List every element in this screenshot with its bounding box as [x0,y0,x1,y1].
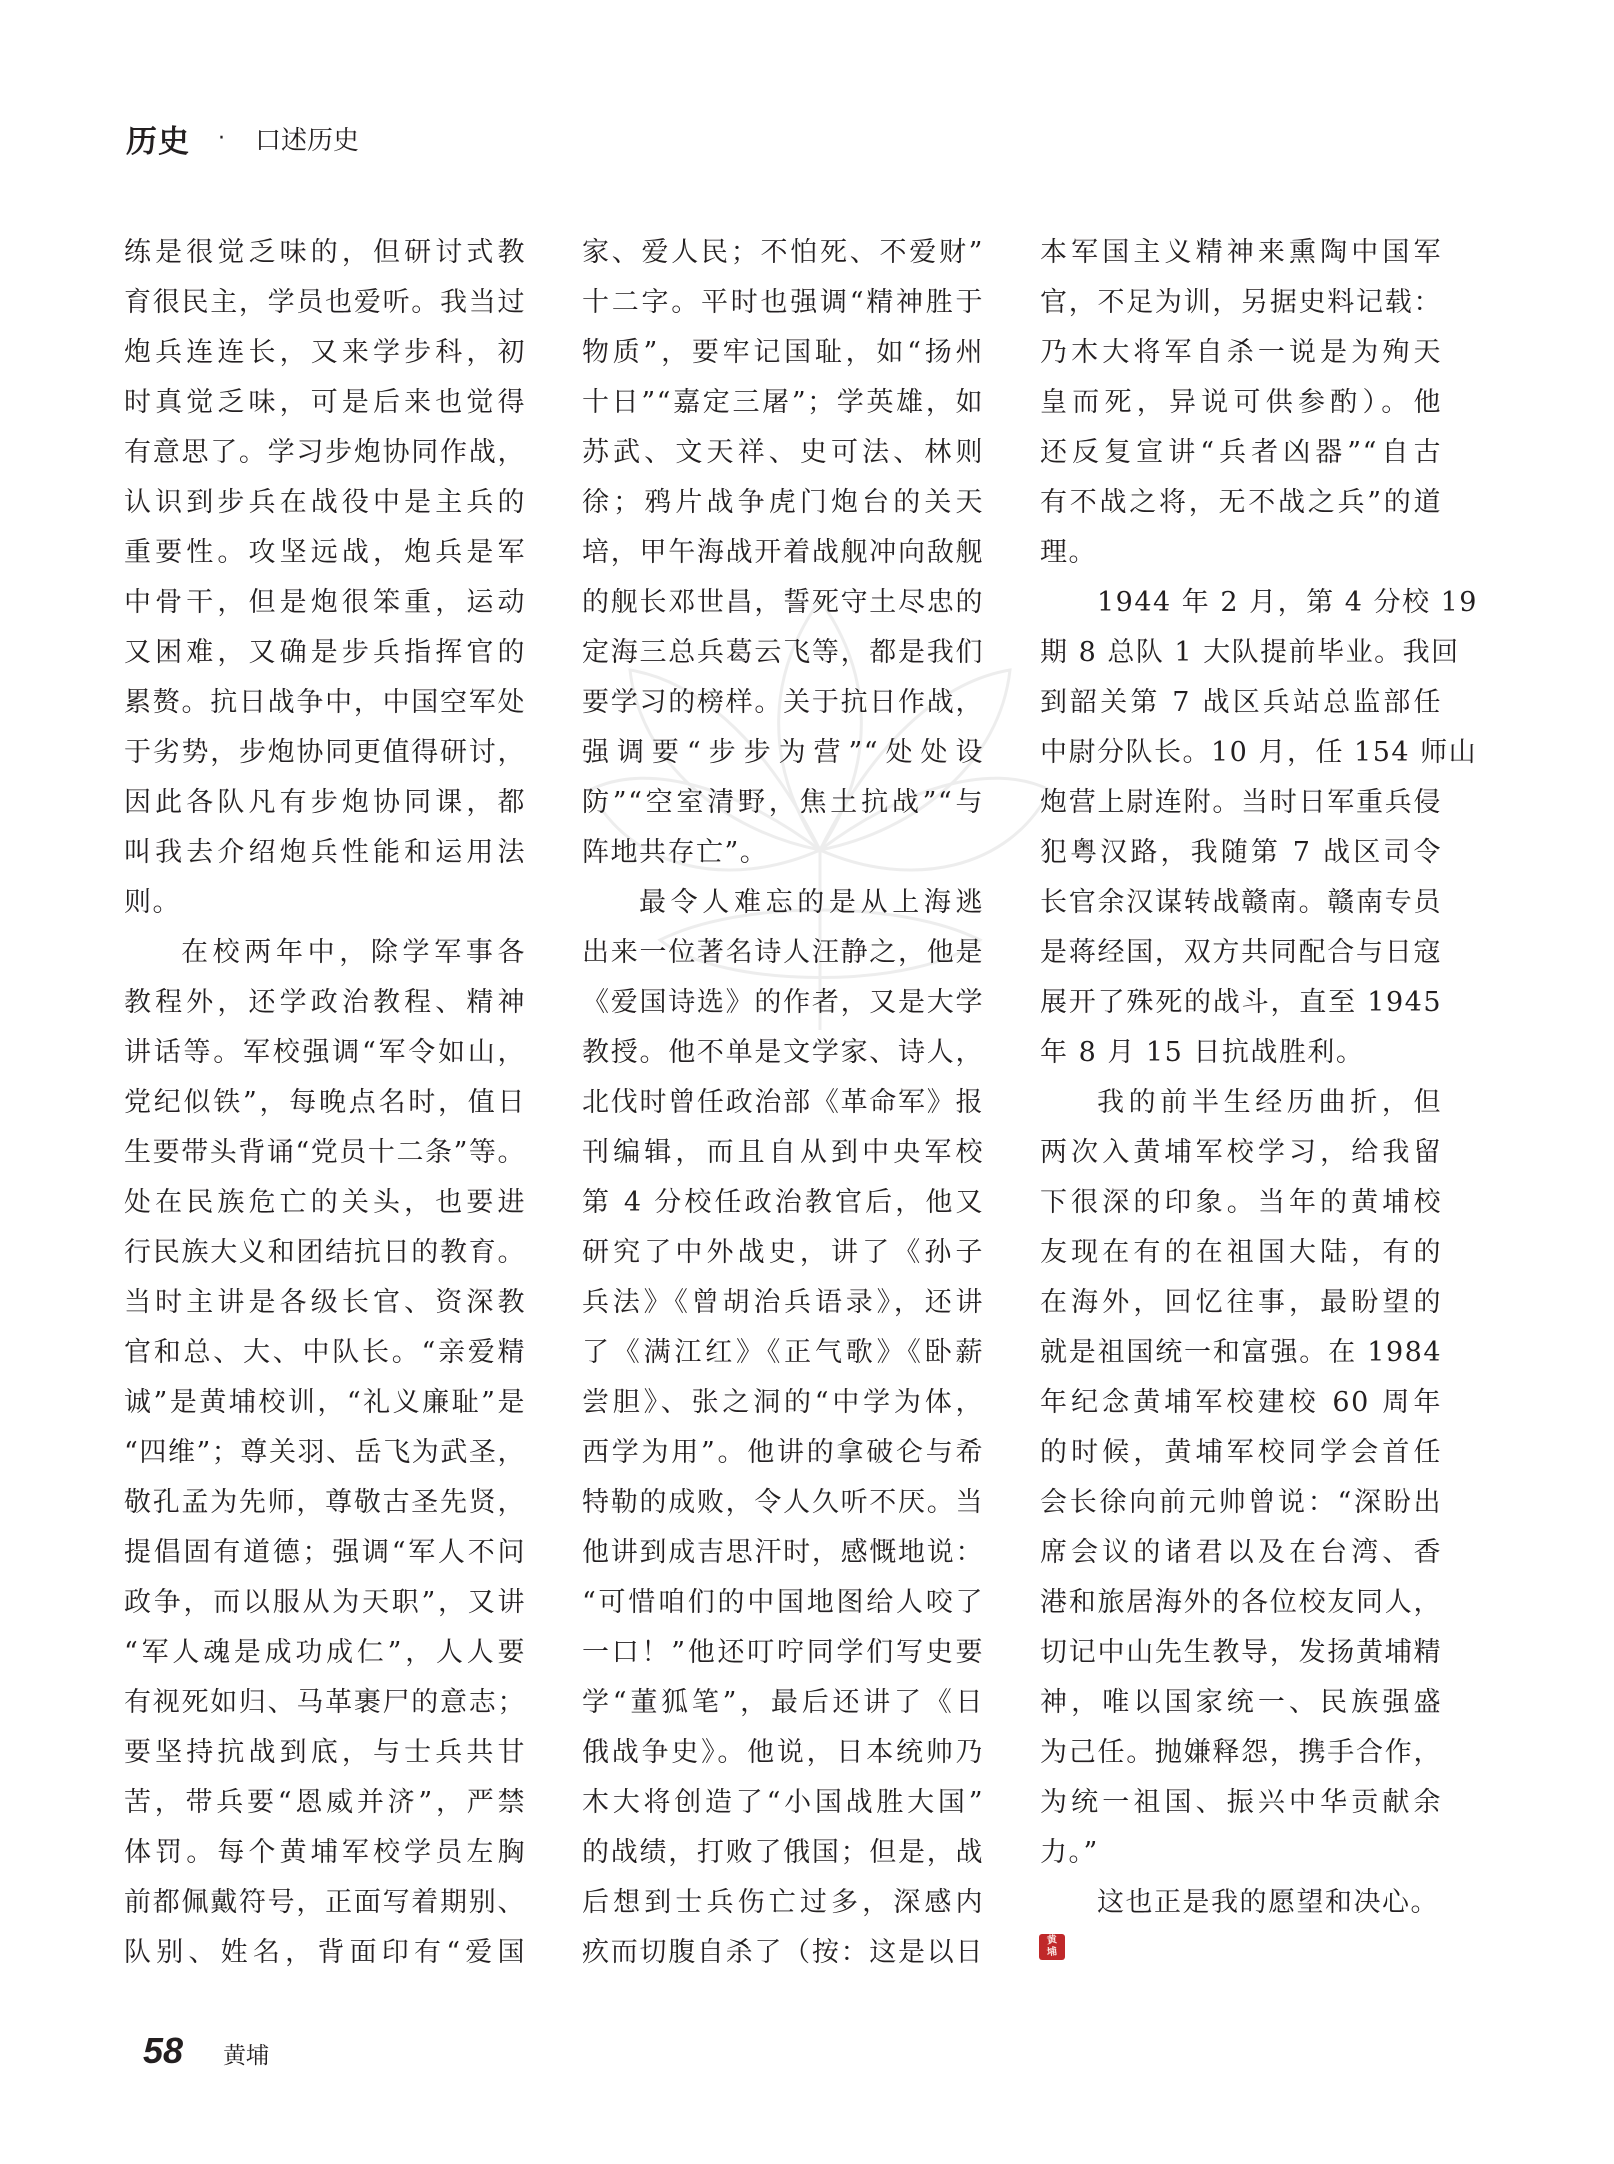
text-line: “四维”；尊关羽、岳飞为武圣， [124,1428,526,1478]
text-line: 因此各队凡有步炮协同课，都 [124,778,526,828]
text-line: 前都佩戴符号，正面写着期别、 [124,1878,526,1928]
text-line: 生要带头背诵“党员十二条”等。 [124,1128,526,1178]
magazine-name: 黄埔 [223,2037,269,2070]
text-line: 讲话等。军校强调“军令如山， [124,1028,526,1078]
text-line: 切记中山先生教导，发扬黄埔精 [1040,1628,1442,1678]
text-line: 北伐时曾任政治部《革命军》报 [582,1078,984,1128]
text-line: 叫我去介绍炮兵性能和运用法 [124,828,526,878]
text-line: 两次入黄埔军校学习，给我留 [1040,1128,1442,1178]
text-line: 教程外，还学政治教程、精神 [124,978,526,1028]
text-line: 诚”是黄埔校训，“礼义廉耻”是 [124,1378,526,1428]
text-line: 为统一祖国、振兴中华贡献余 [1040,1778,1442,1828]
text-line: 本军国主义精神来熏陶中国军 [1040,228,1442,278]
text-line: 处在民族危亡的关头，也要进 [124,1178,526,1228]
text-line: 家、爱人民；不怕死、不爱财” [582,228,984,278]
text-line: 时真觉乏味，可是后来也觉得 [124,378,526,428]
section-title: 历史 [126,116,190,161]
text-line: 队别、姓名，背面印有“爱国 [124,1928,526,1978]
text-column-right: 本军国主义精神来熏陶中国军 官，不足为训，另据史料记载： 乃木大将军自杀一说是为… [1040,228,1442,1928]
text-line: 中尉分队长。10 月，任 154 师山 [1040,728,1442,778]
text-line: 年纪念黄埔军校建校 60 周年 [1040,1378,1442,1428]
text-line: 年 8 月 15 日抗战胜利。 [1040,1028,1442,1078]
text-line: 期 8 总队 1 大队提前毕业。我回 [1040,628,1442,678]
text-line: 认识到步兵在战役中是主兵的 [124,478,526,528]
text-line: 为己任。抛嫌释怨，携手合作， [1040,1728,1442,1778]
text-line: 教授。他不单是文学家、诗人， [582,1028,984,1078]
text-line: 就是祖国统一和富强。在 1984 [1040,1328,1442,1378]
text-line: 第 4 分校任政治教官后，他又 [582,1178,984,1228]
text-line: 有意思了。学习步炮协同作战， [124,428,526,478]
paragraph-start-line: 在校两年中，除学军事各 [124,928,526,978]
text-line: 十日”“嘉定三屠”；学英雄，如 [582,378,984,428]
text-line: “可惜咱们的中国地图给人咬了 [582,1578,984,1628]
text-line: 培，甲午海战开着战舰冲向敌舰 [582,528,984,578]
text-line: 提倡固有道德；强调“军人不问 [124,1528,526,1578]
text-column-middle: 家、爱人民；不怕死、不爱财” 十二字。平时也强调“精神胜于 物质”，要牢记国耻，… [582,228,984,1978]
text-line: 学“董狐笔”，最后还讲了《日 [582,1678,984,1728]
text-line: 《爱国诗选》的作者，又是大学 [582,978,984,1028]
text-line: 会长徐向前元帅曾说：“深盼出 [1040,1478,1442,1528]
text-line: 特勒的成败，令人久听不厌。当 [582,1478,984,1528]
text-line: 刊编辑，而且自从到中央军校 [582,1128,984,1178]
text-line: 皇而死，异说可供参酌）。他 [1040,378,1442,428]
text-line: 出来一位著名诗人汪静之，他是 [582,928,984,978]
text-line: 兵法》《曾胡治兵语录》，还讲 [582,1278,984,1328]
page-number: 58 [143,2030,183,2072]
text-line: 要坚持抗战到底，与士兵共甘 [124,1728,526,1778]
text-line: 还反复宣讲“兵者凶器”“自古 [1040,428,1442,478]
seal-stamp-icon: 黄 埔 [1039,1934,1065,1960]
text-line: 强调要“步步为营”“处处设 [582,728,984,778]
paragraph-start-line: 我的前半生经历曲折，但 [1040,1078,1442,1128]
text-line: 乃木大将军自杀一说是为殉天 [1040,328,1442,378]
text-line: 港和旅居海外的各位校友同人， [1040,1578,1442,1628]
text-line: 要学习的榜样。关于抗日作战， [582,678,984,728]
text-line: 官和总、大、中队长。“亲爱精 [124,1328,526,1378]
text-line: 展开了殊死的战斗，直至 1945 [1040,978,1442,1028]
page-footer: 58 黄埔 [143,2030,269,2072]
text-line: 苏武、文天祥、史可法、林则 [582,428,984,478]
header-separator: · [218,126,225,151]
closing-line: 这也正是我的愿望和决心。 [1040,1878,1442,1928]
text-line: 了《满江红》《正气歌》《卧薪 [582,1328,984,1378]
text-line: 定海三总兵葛云飞等，都是我们 [582,628,984,678]
text-line: 体罚。每个黄埔军校学员左胸 [124,1828,526,1878]
text-line: 又困难，又确是步兵指挥官的 [124,628,526,678]
text-line: 徐；鸦片战争虎门炮台的关天 [582,478,984,528]
text-line: 炮营上尉连附。当时日军重兵侵 [1040,778,1442,828]
text-line: 俄战争史》。他说，日本统帅乃 [582,1728,984,1778]
text-line: 有视死如归、马革裹尸的意志； [124,1678,526,1728]
text-line: 于劣势，步炮协同更值得研讨， [124,728,526,778]
subsection-title: 口述历史 [255,120,359,157]
text-line: 党纪似铁”，每晚点名时，值日 [124,1078,526,1128]
text-line: 中骨干，但是炮很笨重，运动 [124,578,526,628]
text-column-left: 练是很觉乏味的，但研讨式教 育很民主，学员也爱听。我当过 炮兵连连长，又来学步科… [124,228,526,1978]
text-line: 神，唯以国家统一、民族强盛 [1040,1678,1442,1728]
text-line: 长官余汉谋转战赣南。赣南专员 [1040,878,1442,928]
text-line: 的时候，黄埔军校同学会首任 [1040,1428,1442,1478]
text-line: 苦，带兵要“恩威并济”，严禁 [124,1778,526,1828]
text-line: 政争，而以服从为天职”，又讲 [124,1578,526,1628]
text-line: 西学为用”。他讲的拿破仑与希 [582,1428,984,1478]
text-line: 下很深的印象。当年的黄埔校 [1040,1178,1442,1228]
text-line: “军人魂是成功成仁”，人人要 [124,1628,526,1678]
text-line: 的战绩，打败了俄国；但是，战 [582,1828,984,1878]
text-line: 当时主讲是各级长官、资深教 [124,1278,526,1328]
text-line: 十二字。平时也强调“精神胜于 [582,278,984,328]
text-line: 尝胆》、张之洞的“中学为体， [582,1378,984,1428]
text-line: 在海外，回忆往事，最盼望的 [1040,1278,1442,1328]
text-line: 后想到士兵伤亡过多，深感内 [582,1878,984,1928]
text-line: 有不战之将，无不战之兵”的道 [1040,478,1442,528]
text-line: 防”“空室清野，焦土抗战”“与 [582,778,984,828]
paragraph-start-line: 最令人难忘的是从上海逃 [582,878,984,928]
text-line: 他讲到成吉思汗时，感慨地说： [582,1528,984,1578]
text-line: 阵地共存亡”。 [582,828,984,878]
text-line: 累赘。抗日战争中，中国空军处 [124,678,526,728]
running-header: 历史 · 口述历史 [126,118,359,158]
text-line: 练是很觉乏味的，但研讨式教 [124,228,526,278]
paragraph-start-line: 1944 年 2 月，第 4 分校 19 [1040,578,1442,628]
text-line: 官，不足为训，另据史料记载： [1040,278,1442,328]
text-line: 炮兵连连长，又来学步科，初 [124,328,526,378]
text-line: 席会议的诸君以及在台湾、香 [1040,1528,1442,1578]
seal-char: 埔 [1046,1946,1058,1959]
text-line: 重要性。攻坚远战，炮兵是军 [124,528,526,578]
text-line: 育很民主，学员也爱听。我当过 [124,278,526,328]
text-line: 物质”，要牢记国耻，如“扬州 [582,328,984,378]
text-line: 研究了中外战史，讲了《孙子 [582,1228,984,1278]
text-line: 木大将创造了“小国战胜大国” [582,1778,984,1828]
text-line: 疚而切腹自杀了（按：这是以日 [582,1928,984,1978]
text-line: 力。” [1040,1828,1442,1878]
text-line: 是蒋经国，双方共同配合与日寇 [1040,928,1442,978]
text-line: 行民族大义和团结抗日的教育。 [124,1228,526,1278]
text-line: 敬孔孟为先师，尊敬古圣先贤， [124,1478,526,1528]
text-line: 的舰长邓世昌，誓死守土尽忠的 [582,578,984,628]
text-line: 理。 [1040,528,1442,578]
text-line: 到韶关第 7 战区兵站总监部任 [1040,678,1442,728]
text-line: 犯粤汉路，我随第 7 战区司令 [1040,828,1442,878]
text-line: 则。 [124,878,526,928]
text-line: 一口！”他还叮咛同学们写史要 [582,1628,984,1678]
text-line: 友现在有的在祖国大陆，有的 [1040,1228,1442,1278]
